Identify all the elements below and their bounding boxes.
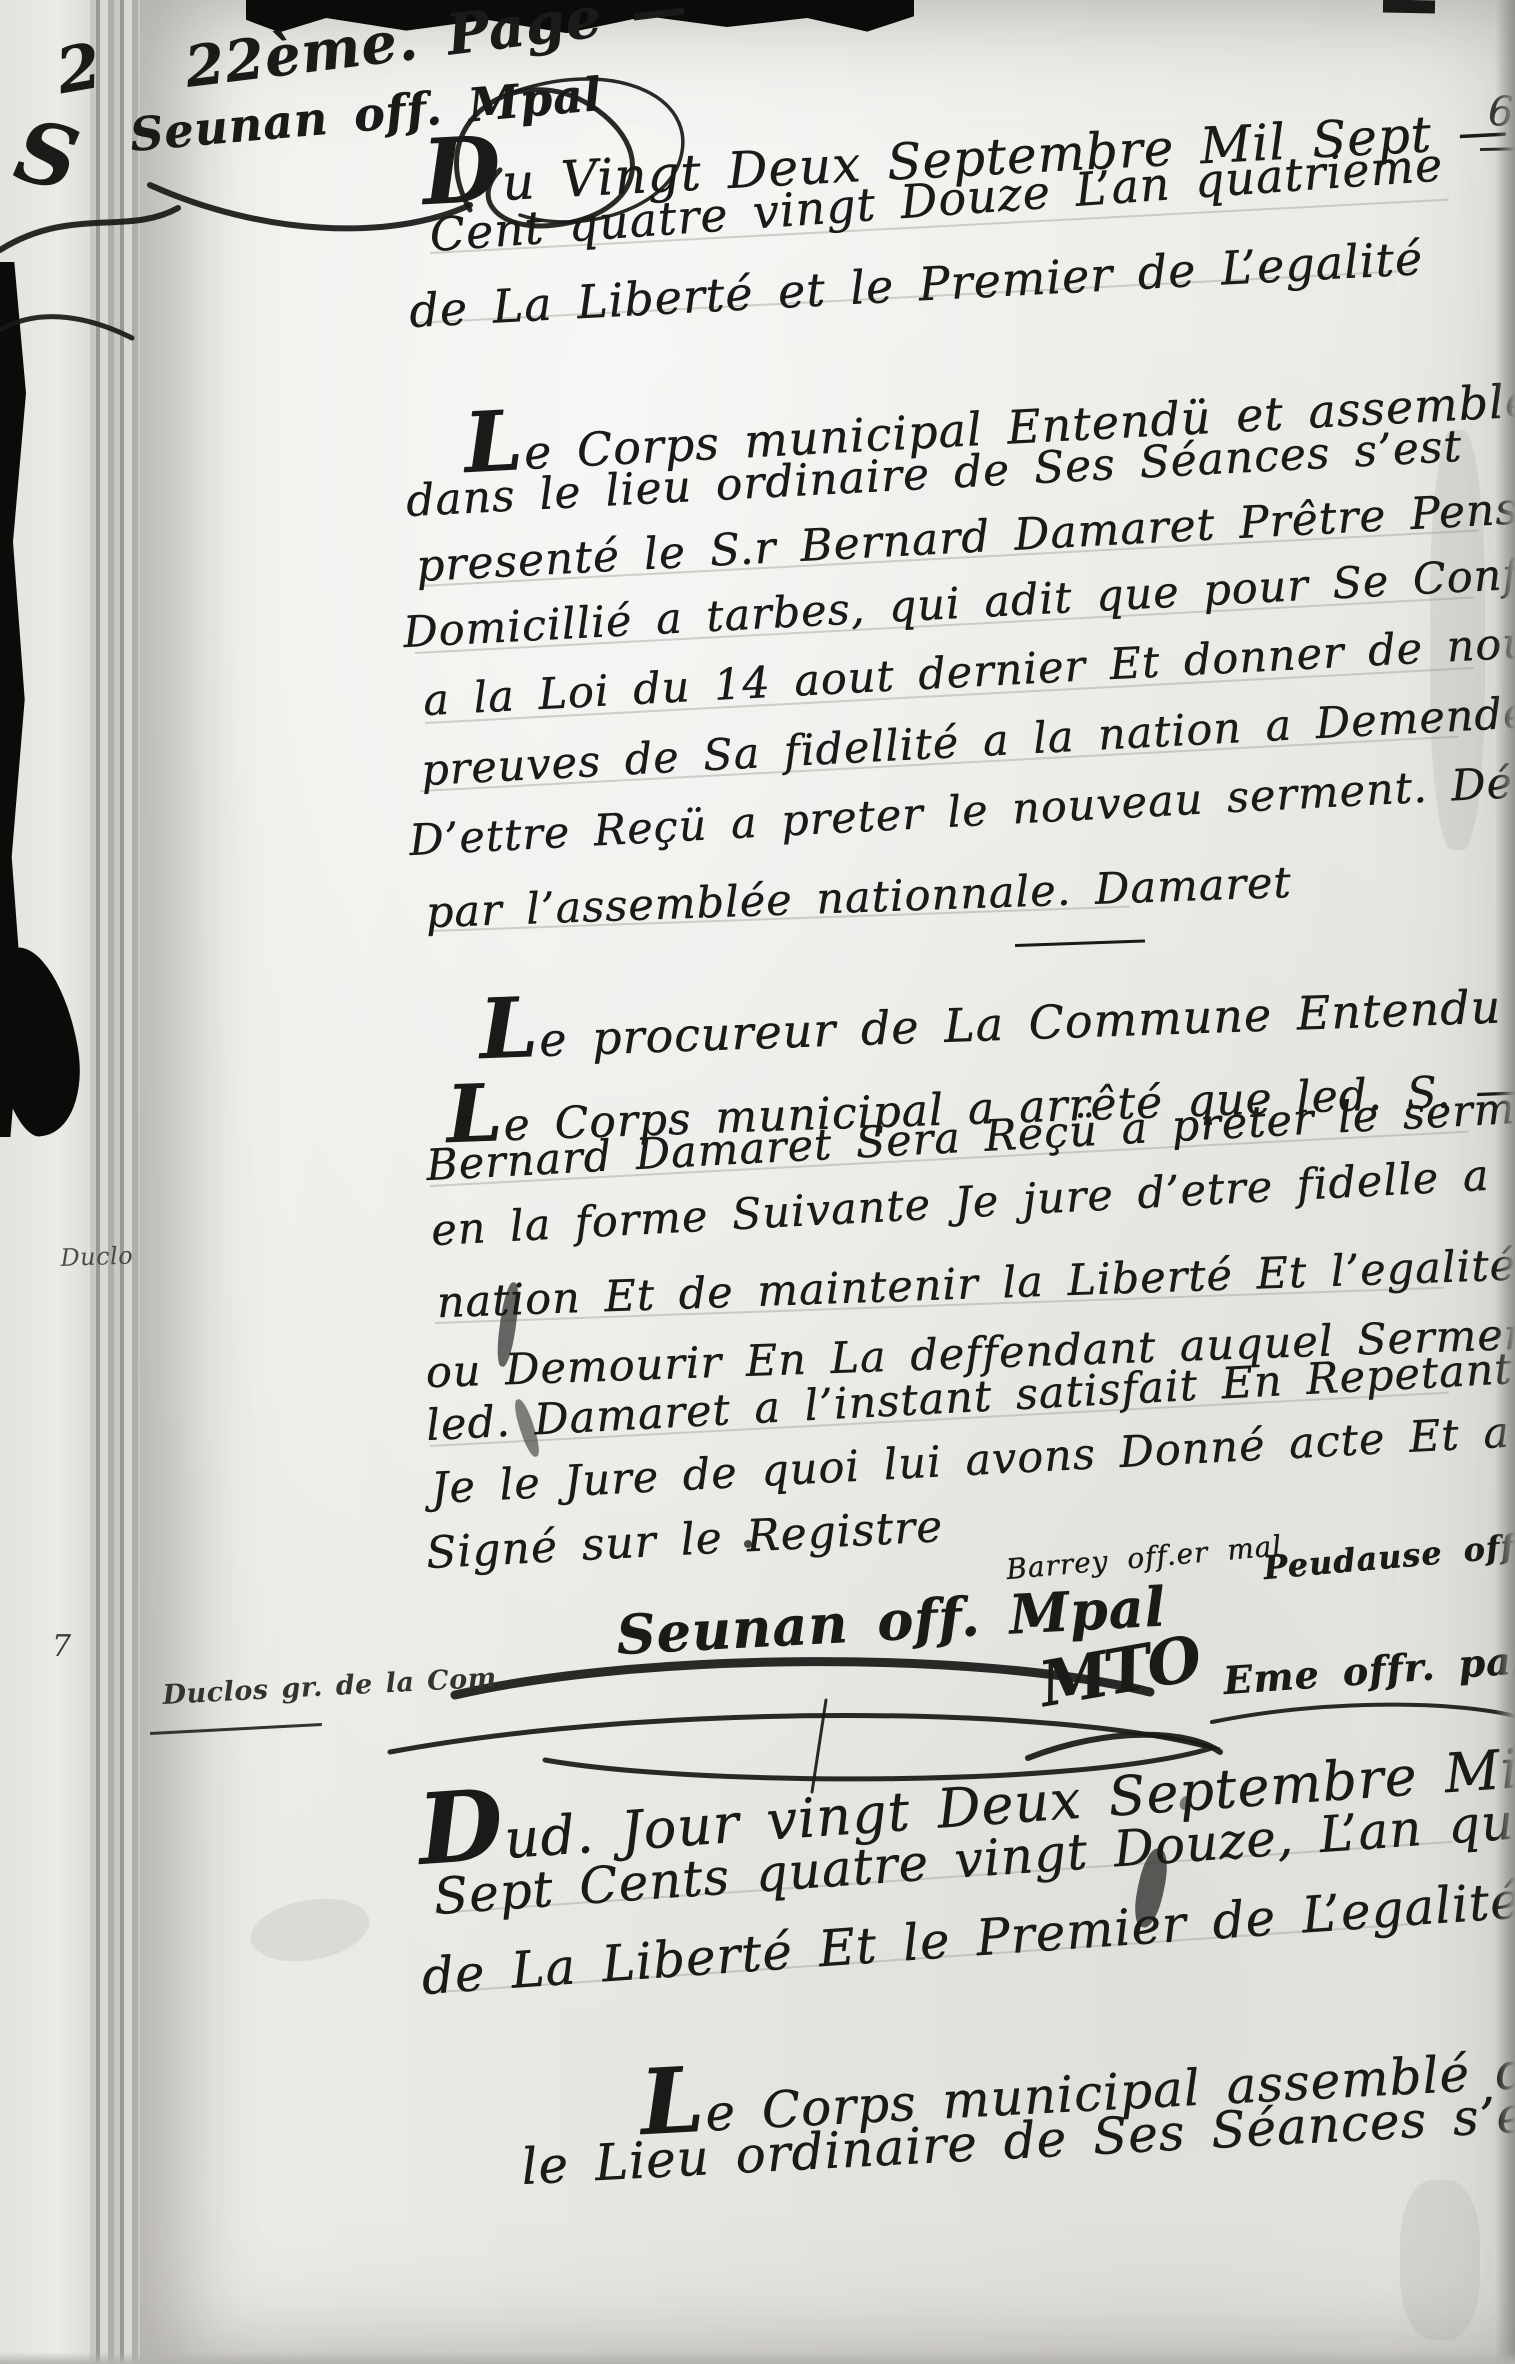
margin-note-duclo: Duclo (60, 1243, 134, 1270)
scanner-dark-corner-mark (1383, 0, 1435, 13)
margin-folio-7: 7 (52, 1632, 72, 1662)
ghost-smear (1400, 2180, 1480, 2340)
scanned-manuscript: 22ème. Page —Seunan off. MpalDu Vingt De… (0, 0, 1515, 2364)
scan-right-edge-shadow (1495, 0, 1515, 2364)
scan-bottom-edge-shadow (0, 2352, 1515, 2364)
